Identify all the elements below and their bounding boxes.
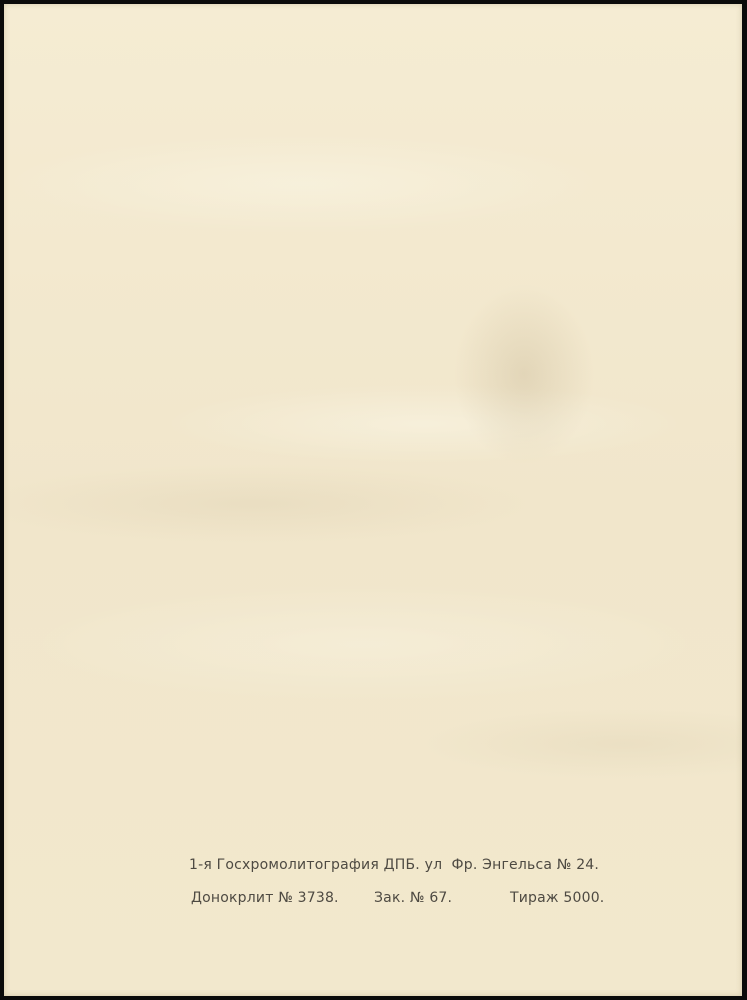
print-run: Тираж 5000. xyxy=(510,890,604,906)
order-number: Зак. № 67. xyxy=(374,890,452,906)
printer-line: 1-я Госхромолитография ДПБ. ул Фр. Энгел… xyxy=(189,857,599,873)
document-page: 1-я Госхромолитография ДПБ. ул Фр. Энгел… xyxy=(4,4,742,996)
publisher-ref: Донокрлит № 3738. xyxy=(191,890,339,906)
